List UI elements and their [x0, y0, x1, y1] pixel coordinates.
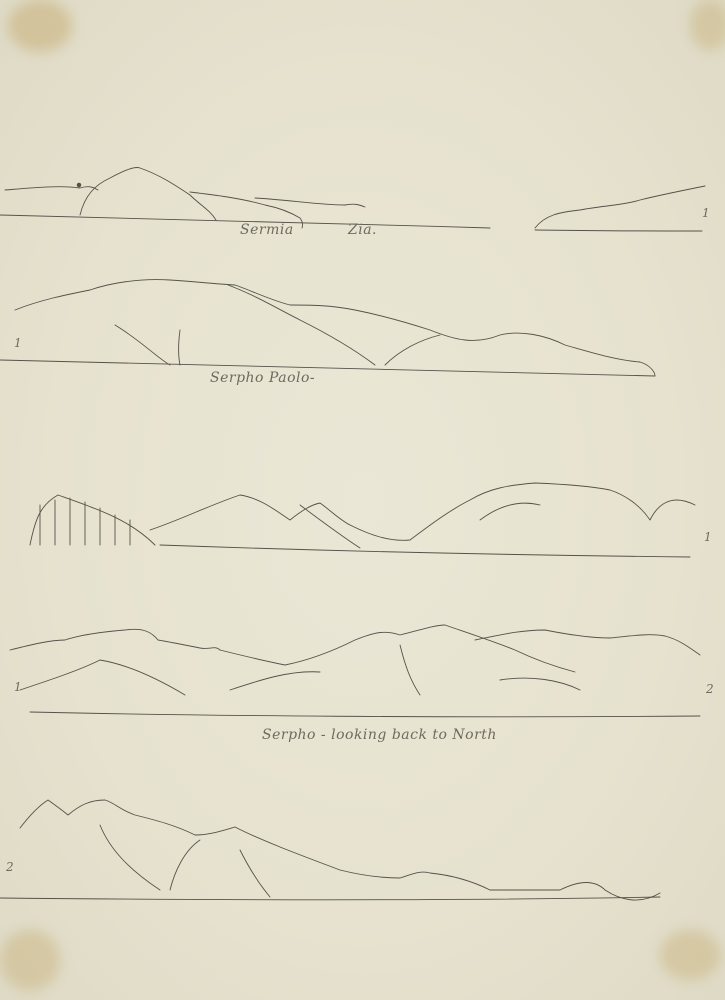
label-serpho-paolo: Serpho Paolo-: [210, 370, 315, 386]
mark-2-sketch5: 2: [6, 860, 14, 874]
mark-1-sketch4: 1: [14, 680, 22, 694]
label-serpho-north: Serpho - looking back to North: [262, 727, 497, 743]
pencil-drawings: [0, 0, 725, 1000]
mark-1-sketch2: 1: [14, 336, 22, 350]
sketch-3-panorama: [30, 483, 695, 557]
sketch-4-serpho-north: [10, 625, 700, 717]
sketch-sheet: Sermia Zia. 1 Serpho Paolo- 1 1 Serpho -…: [0, 0, 725, 1000]
mark-2-sketch4: 2: [706, 682, 714, 696]
sketch-5-coastline: [0, 800, 660, 900]
label-zia: Zia.: [348, 222, 377, 238]
mark-1-sketch3: 1: [704, 530, 712, 544]
label-sermia: Sermia: [240, 222, 294, 238]
mark-1-sketch1: 1: [702, 206, 710, 220]
sketch-2-serpho-paolo: [0, 280, 655, 376]
